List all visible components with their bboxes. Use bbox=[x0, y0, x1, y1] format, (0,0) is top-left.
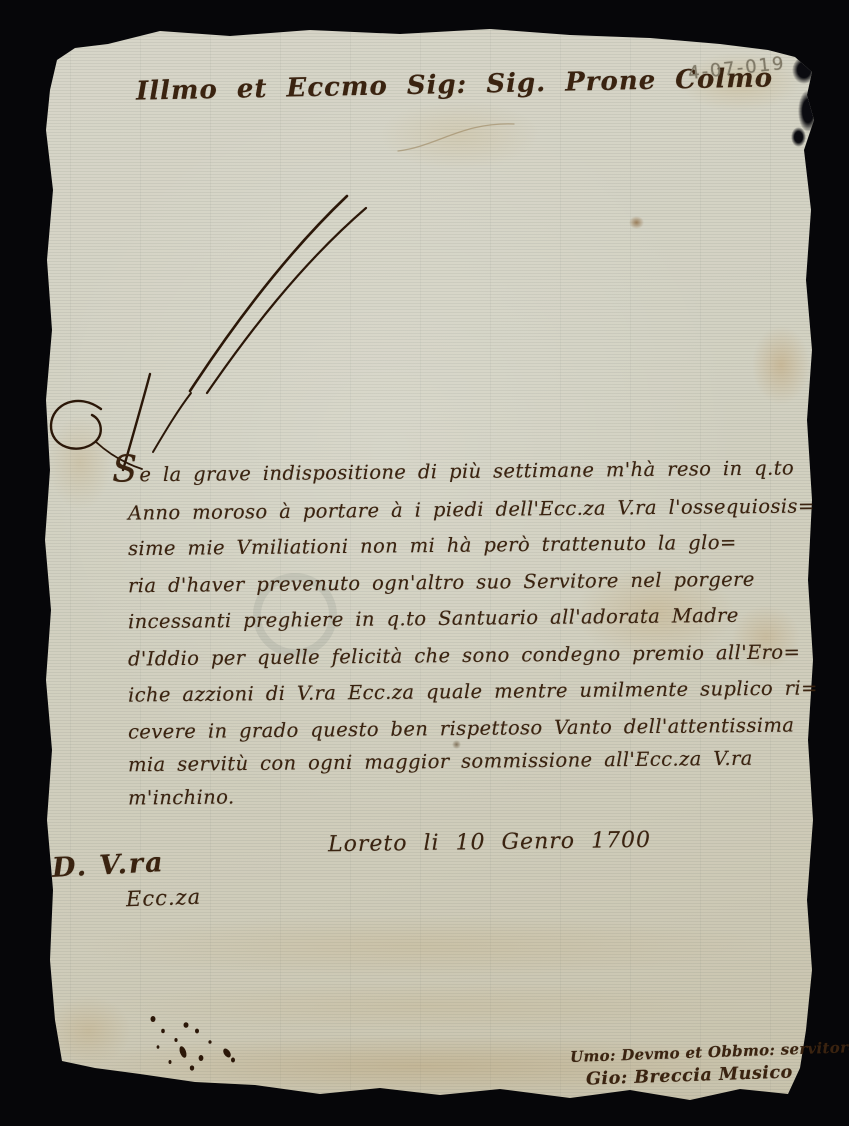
paper-stain bbox=[380, 100, 540, 170]
paper-tear bbox=[792, 56, 816, 84]
dateline: Loreto li 10 Genro 1700 bbox=[328, 828, 651, 858]
paper-stain bbox=[752, 325, 810, 405]
ink-speck bbox=[452, 740, 461, 749]
closing-abbreviation-2: Ecc.za bbox=[126, 885, 202, 912]
paper-stain bbox=[100, 982, 750, 1030]
paper-tear bbox=[798, 90, 818, 132]
paper-tear bbox=[791, 127, 806, 147]
paper-stain bbox=[70, 915, 770, 977]
body-line: m'inchino. bbox=[128, 785, 235, 809]
paper-stain bbox=[48, 415, 112, 510]
paper-stain bbox=[46, 995, 131, 1067]
photo-background: Illmo et Eccmo Sig: Sig. Prone Colmo 4-0… bbox=[0, 0, 849, 1126]
paper-stain bbox=[629, 216, 644, 229]
letter-paper bbox=[0, 0, 849, 1126]
closing-abbreviation: D. V.ra bbox=[51, 847, 165, 884]
